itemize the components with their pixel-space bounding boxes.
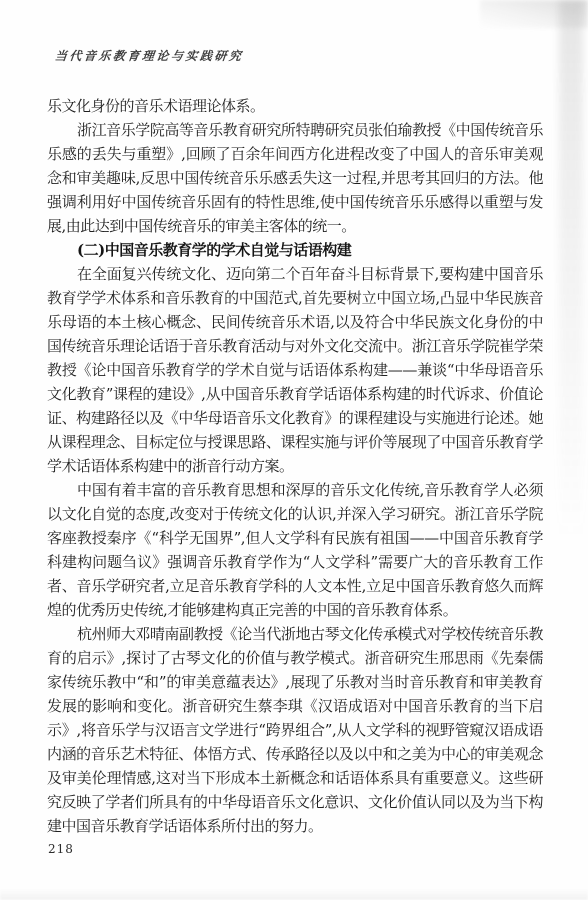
- scan-edge-shadow-right: [559, 0, 583, 540]
- paragraph: 杭州师大邓晴南副教授《论当代浙地古琴文化传承模式对学校传统音乐教育的启示》,探讨…: [47, 622, 543, 838]
- book-page: 当代音乐教育理论与实践研究 乐文化身份的音乐术语理论体系。 浙江音乐学院高等音乐…: [0, 0, 588, 900]
- page-number: 218: [48, 842, 74, 856]
- paragraph: 中国有着丰富的音乐教育思想和深厚的音乐文化传统,音乐教育学人必须以文化自觉的态度…: [47, 478, 543, 622]
- section-heading: (二)中国音乐教育学的学术自觉与话语构建: [47, 238, 543, 262]
- paragraph-continuation: 乐文化身份的音乐术语理论体系。: [47, 94, 543, 118]
- paragraph: 在全面复兴传统文化、迈向第二个百年奋斗目标背景下,要构建中国音乐教育学学术体系和…: [47, 262, 543, 478]
- scan-edge-shadow-bottom: [0, 888, 588, 900]
- running-head: 当代音乐教育理论与实践研究: [54, 47, 244, 64]
- text-block: 乐文化身份的音乐术语理论体系。 浙江音乐学院高等音乐教育研究所特聘研究员张伯瑜教…: [47, 94, 543, 838]
- paragraph: 浙江音乐学院高等音乐教育研究所特聘研究员张伯瑜教授《中国传统音乐乐感的丢失与重塑…: [47, 118, 543, 238]
